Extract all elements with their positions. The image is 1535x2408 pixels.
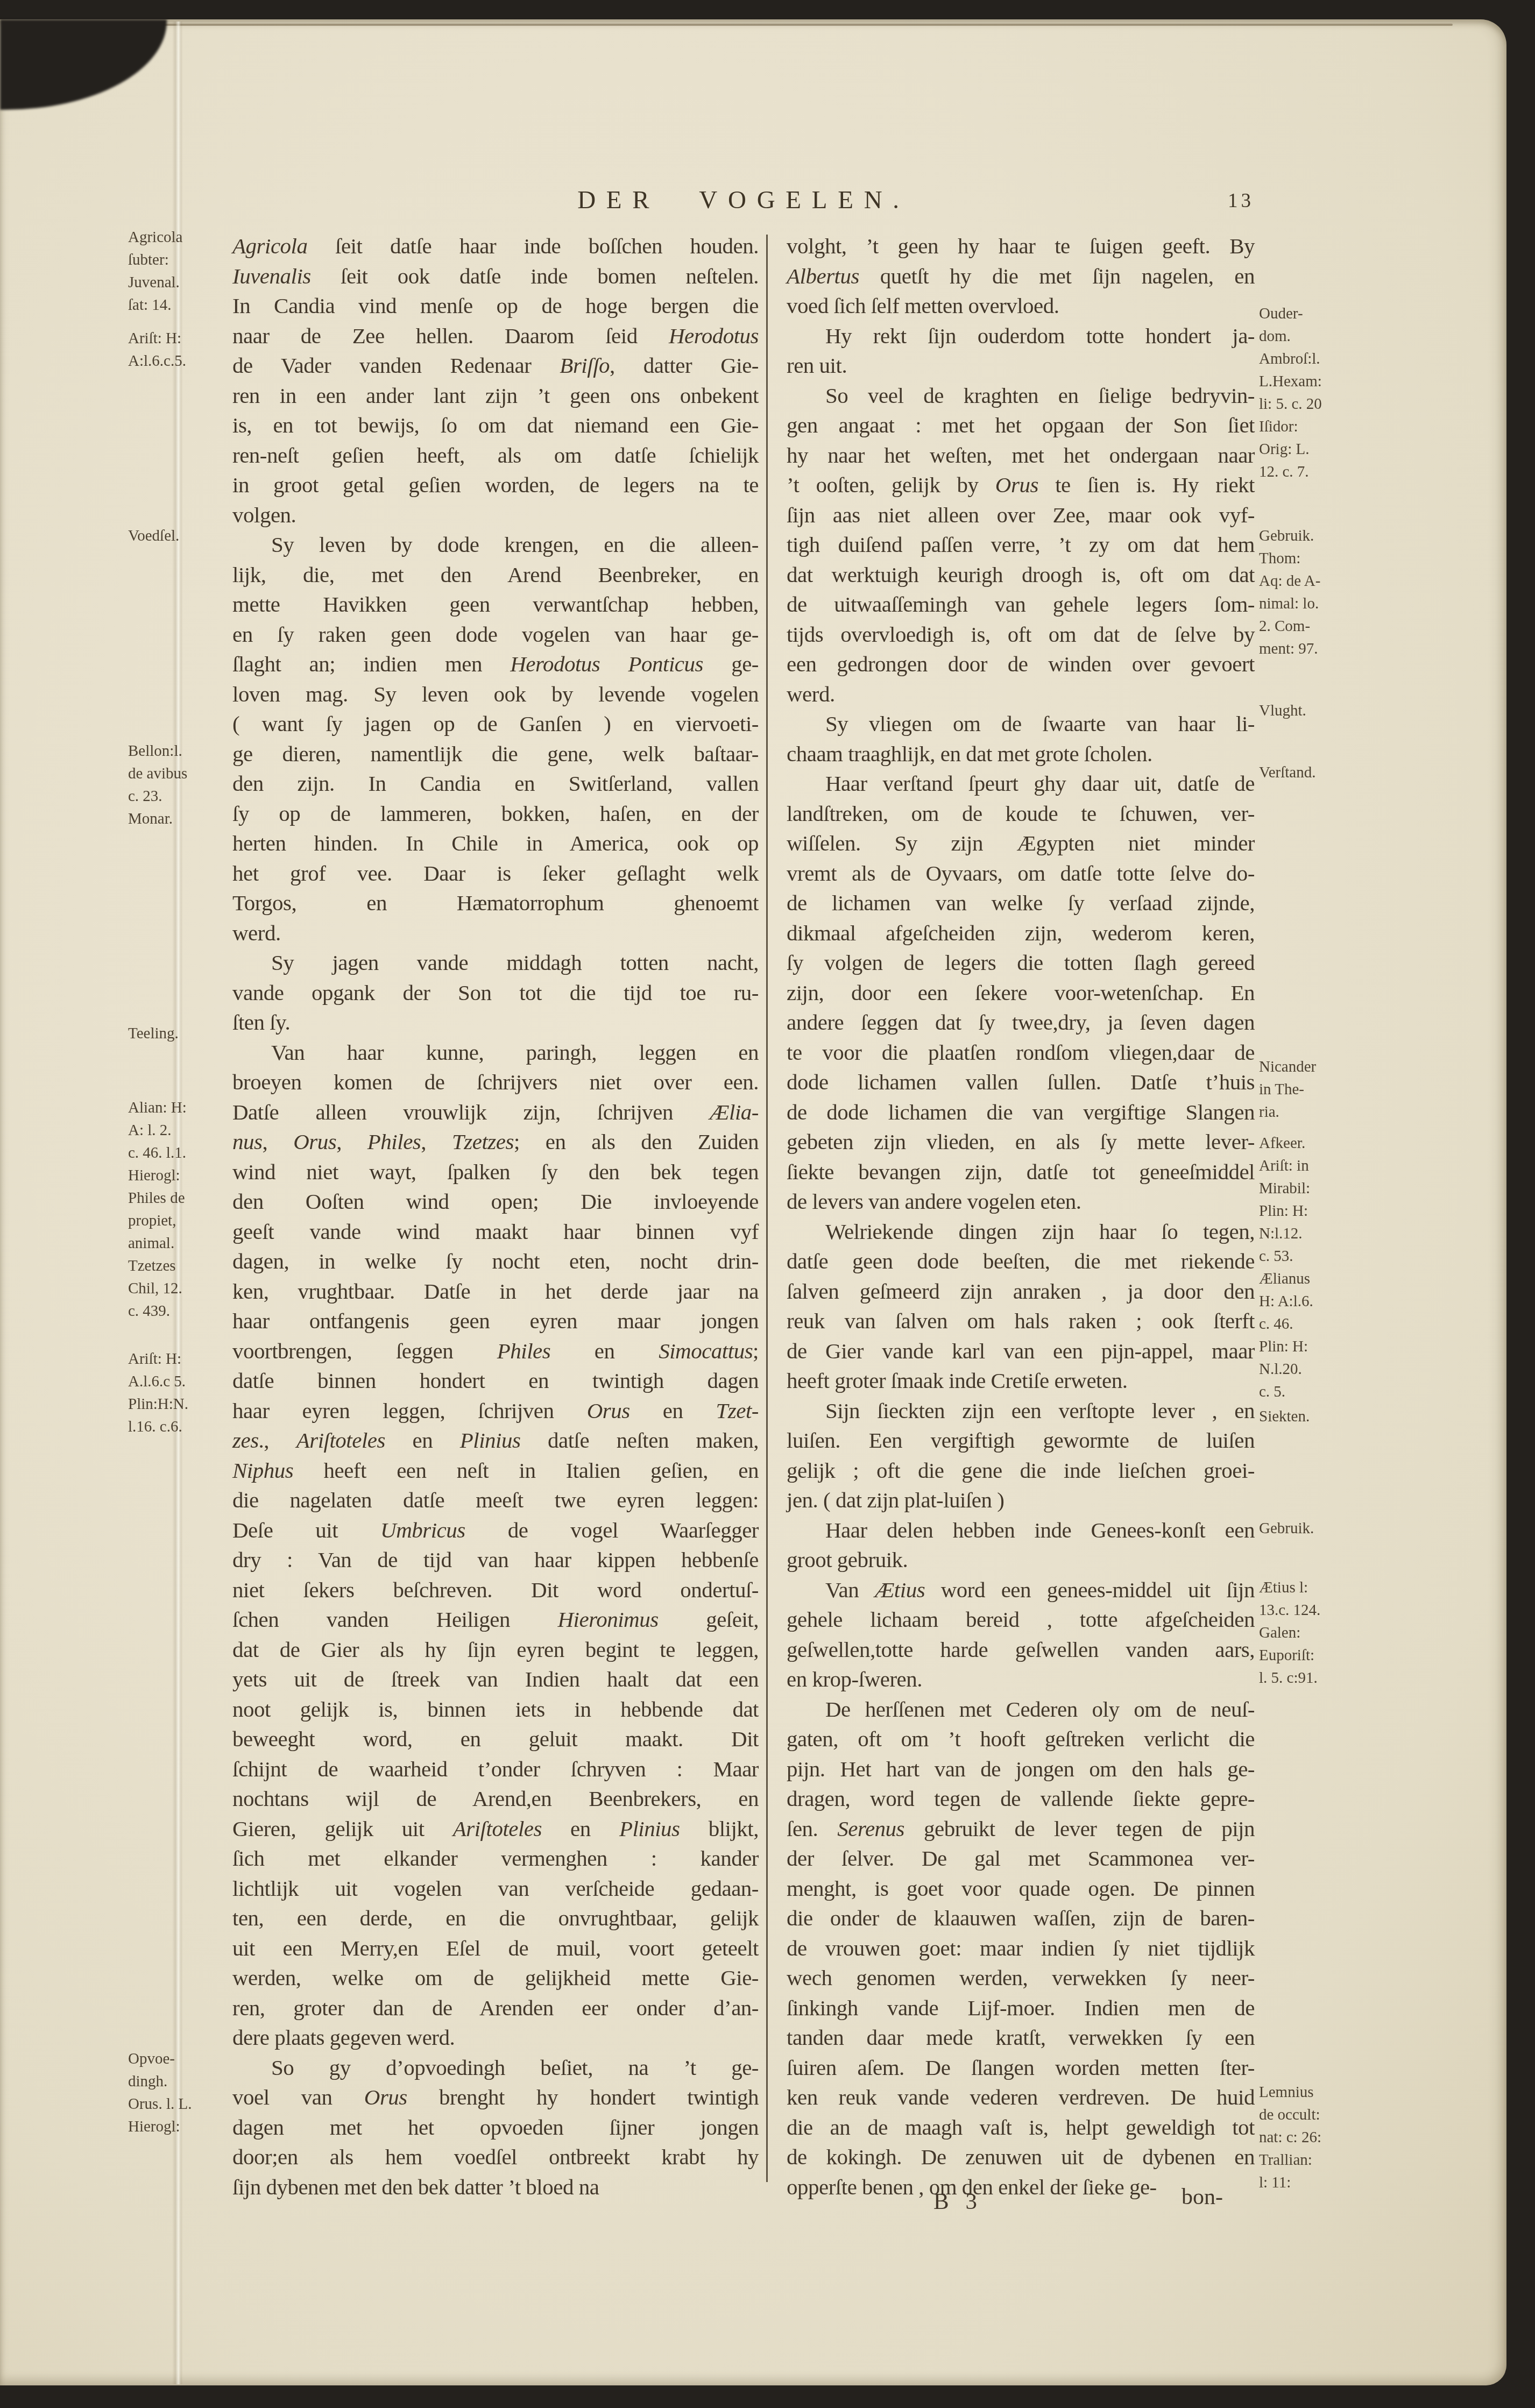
margin-note-line: l.16. c.6. [128, 1415, 230, 1438]
text-line: en ſy raken geen dode vogelen van haar g… [232, 620, 759, 650]
margin-notes-right: Ouder-dom.Ambroſ:l.L.Hexam:li: 5. c. 20I… [1259, 0, 1393, 2408]
text-line: ren uit. [787, 351, 1255, 381]
margin-note-line: Plin: H: [1259, 1200, 1393, 1222]
margin-note-line: in The- [1259, 1078, 1393, 1101]
margin-note-line: N:l.12. [1259, 1222, 1393, 1245]
text-line: dagen, in welke ſy nocht eten, nocht dri… [232, 1247, 759, 1277]
margin-note-line: Gebruik. [1259, 525, 1393, 547]
text-line: Niphus heeft een neſt in Italien geſien,… [232, 1456, 759, 1486]
signature-mark: B 3 [933, 2189, 982, 2215]
margin-note: Agricolaſubter:Juvenal.ſat: 14. [128, 226, 230, 316]
text-line: nochtans wijl de Arend,en Beenbrekers, e… [232, 1784, 759, 1814]
margin-note-line: Ælianus [1259, 1267, 1393, 1290]
text-line: gebeten zijn vlieden, en als ſy mette le… [787, 1127, 1255, 1157]
text-line: zijn, door een ſekere voor-wetenſchap. E… [787, 978, 1255, 1008]
text-line: ſinkingh vande Lijf-moer. Indien men de [787, 1993, 1255, 2023]
book-page-scan: { "page": { "header": "DER VOGELEN.", "p… [0, 0, 1535, 2408]
text-line: lijk, die, met den Arend Beenbreker, en [232, 560, 759, 590]
text-line: ſijn dybenen met den bek datter ’t bloed… [232, 2172, 759, 2202]
margin-note: Ouder-dom.Ambroſ:l.L.Hexam:li: 5. c. 20I… [1259, 302, 1393, 483]
text-line: beweeght word, en geluit maakt. Dit [232, 1724, 759, 1754]
margin-note-line: 13.c. 124. [1259, 1599, 1393, 1621]
text-line: Sijn ſieckten zijn een verſtopte lever ,… [787, 1396, 1255, 1426]
margin-note-line: c. 46. [1259, 1313, 1393, 1335]
text-line: gelijk ; oft die gene die inde lieſchen … [787, 1456, 1255, 1486]
margin-note-line: nimal: lo. [1259, 592, 1393, 615]
text-line: herten hinden. In Chile in America, ook … [232, 828, 759, 859]
text-line: naar de Zee hellen. Daarom ſeid Herodotu… [232, 321, 759, 351]
text-line: ſalven geſmeerd zijn anraken , ja door d… [787, 1277, 1255, 1307]
text-line: Deſe uit Umbricus de vogel Waarſegger [232, 1515, 759, 1546]
margin-note-line: ſubter: [128, 249, 230, 271]
text-line: ſy op de lammeren, bokken, haſen, en der [232, 799, 759, 829]
text-line: datſe binnen hondert en twintigh dagen [232, 1366, 759, 1396]
paragraph: Van Ætius word een genees-middel uit ſij… [787, 1575, 1255, 1695]
paragraph: Sy leven by dode krengen, en die alleen-… [232, 530, 759, 948]
margin-note: Alian: H:A: l. 2.c. 46. l.1.Hierogl:Phil… [128, 1096, 230, 1322]
text-line: Sy leven by dode krengen, en die alleen- [232, 530, 759, 560]
text-line: geſwellen,totte harde geſwellen vanden a… [787, 1635, 1255, 1665]
text-line: de dode lichamen die van vergiftige Slan… [787, 1097, 1255, 1128]
margin-note: Gebruik. [1259, 1517, 1393, 1540]
margin-note-line: dom. [1259, 325, 1393, 348]
margin-note-line: Ariſt: H: [128, 327, 230, 350]
text-line: ſijn aas niet alleen over Zee, maar ook … [787, 500, 1255, 530]
margin-note-line: Ariſt: in [1259, 1155, 1393, 1177]
margin-note-line: de avibus [128, 762, 230, 785]
text-line: die an de maagh vaſt is, helpt geweldigh… [787, 2113, 1255, 2143]
text-line: menght, is goet voor quade ogen. De pinn… [787, 1874, 1255, 1904]
margin-note: Teeling. [128, 1022, 230, 1045]
text-line: broeyen komen de ſchrijvers niet over ee… [232, 1067, 759, 1097]
margin-note-line: Hierogl: [128, 2115, 230, 2138]
text-line: de uitwaaſſemingh van gehele legers ſom- [787, 590, 1255, 620]
text-line: Gieren, gelijk uit Ariſtoteles en Pliniu… [232, 1814, 759, 1844]
margin-note-line: Afkeer. [1259, 1132, 1393, 1155]
text-line: geeſt vande wind maakt haar binnen vyf [232, 1217, 759, 1247]
text-line: lichtlijk uit vogelen van verſcheide ged… [232, 1874, 759, 1904]
text-line: ( want ſy jagen op de Ganſen ) en viervo… [232, 709, 759, 739]
margin-note-line: c. 46. l.1. [128, 1142, 230, 1164]
text-line: volght, ’t geen hy haar te ſuigen geeft.… [787, 231, 1255, 261]
margin-note-line: Juvenal. [128, 271, 230, 294]
text-line: luiſen. Een vergiftigh gewormte de luiſe… [787, 1426, 1255, 1456]
text-line: de vrouwen goet: maar indien ſy niet tij… [787, 1934, 1255, 1964]
text-line: Sy vliegen om de ſwaarte van haar li- [787, 709, 1255, 739]
text-line: Agricola ſeit datſe haar inde boſſchen h… [232, 231, 759, 261]
margin-note-line: Plin: H: [1259, 1335, 1393, 1358]
margin-note-line: l. 5. c:91. [1259, 1667, 1393, 1689]
text-line: het grof vee. Daar is ſeker geſlaght wel… [232, 859, 759, 889]
text-line: ten, een derde, en die onvrughtbaar, gel… [232, 1903, 759, 1934]
text-line: dragen, word tegen de vallende ſiekte ge… [787, 1784, 1255, 1814]
catchword: bon- [1182, 2184, 1223, 2210]
paragraph: Sijn ſieckten zijn een verſtopte lever ,… [787, 1396, 1255, 1515]
text-line: werden, welke om de gelijkheid mette Gie… [232, 1963, 759, 1993]
text-line: werd. [232, 918, 759, 948]
text-line: is, en tot bewijs, ſo om dat niemand een… [232, 410, 759, 441]
text-line: andere ſeggen dat ſy twee,dry, ja ſeven … [787, 1008, 1255, 1038]
margin-note-line: li: 5. c. 20 [1259, 393, 1393, 415]
text-line: ſten ſy. [232, 1008, 759, 1038]
margin-note-line: Galen: [1259, 1621, 1393, 1644]
margin-note-line: Mirabil: [1259, 1177, 1393, 1200]
text-line: de Vader vanden Redenaar Briſſo, datter … [232, 351, 759, 381]
margin-note-line: Orus. l. L. [128, 2093, 230, 2115]
text-line: Haar verſtand ſpeurt ghy daar uit, datſe… [787, 769, 1255, 799]
margin-note-line: Hierogl: [128, 1164, 230, 1187]
text-line: Welriekende dingen zijn haar ſo tegen, [787, 1217, 1255, 1247]
margin-note-line: 2. Com- [1259, 615, 1393, 638]
margin-note: Gebruik.Thom:Aq: de A-nimal: lo.2. Com-m… [1259, 525, 1393, 660]
margin-note-line: Ætius l: [1259, 1576, 1393, 1599]
text-line: hy naar het weſten, met het ondergaan na… [787, 441, 1255, 471]
paragraph: So gy d’opvoedingh beſiet, na ’t ge-voel… [232, 2053, 759, 2202]
text-line: noot gelijk is, binnen iets in hebbende … [232, 1695, 759, 1725]
margin-note-line: ria. [1259, 1101, 1393, 1123]
text-line: ſy volgen de legers die totten ſlagh ger… [787, 948, 1255, 978]
paragraph: Sy vliegen om de ſwaarte van haar li-cha… [787, 709, 1255, 769]
text-line: wiſſelen. Sy zijn Ægypten niet minder [787, 828, 1255, 859]
text-line: vande opgank der Son tot die tijd toe ru… [232, 978, 759, 1008]
margin-note-line: Gebruik. [1259, 1517, 1393, 1540]
paragraph: Haar verſtand ſpeurt ghy daar uit, datſe… [787, 769, 1255, 1217]
text-line: So veel de kraghten en ſielige bedryvin- [787, 381, 1255, 411]
text-line: dere plaats gegeven werd. [232, 2023, 759, 2053]
margin-note-line: A:l.6.c.5. [128, 350, 230, 372]
text-line: chaam traaghlijk, en dat met grote ſchol… [787, 739, 1255, 769]
text-line: ren, groter dan de Arenden eer onder d’a… [232, 1993, 759, 2023]
margin-note-line: Voedſel. [128, 525, 230, 547]
margin-note: Lemniusde occult:nat: c: 26:Trallian:l: … [1259, 2081, 1393, 2194]
margin-note-line: propiet, [128, 1209, 230, 1232]
text-line: ken reuk vande vederen verdreven. De hui… [787, 2083, 1255, 2113]
margin-note-line: A.l.6.c 5. [128, 1370, 230, 1393]
margin-note-line: 12. c. 7. [1259, 461, 1393, 483]
margin-note-line: c. 439. [128, 1300, 230, 1322]
text-line: ſuiren aſem. De ſlangen worden metten ſt… [787, 2053, 1255, 2083]
text-line: niet ſekers beſchreven. Dit word ondertu… [232, 1575, 759, 1605]
margin-note: Ariſt: H:A:l.6.c.5. [128, 327, 230, 372]
text-line: tigh duiſend paſſen verre, ’t zy om dat … [787, 530, 1255, 560]
paragraph: Sy jagen vande middagh totten nacht,vand… [232, 948, 759, 1038]
paragraph: So veel de kraghten en ſielige bedryvin-… [787, 381, 1255, 710]
margin-note-line: L.Hexam: [1259, 370, 1393, 393]
margin-note-line: Thom: [1259, 547, 1393, 570]
margin-note: Siekten. [1259, 1405, 1393, 1428]
margin-note: Ariſt: H:A.l.6.c 5.Plin:H:N.l.16. c.6. [128, 1348, 230, 1438]
paragraph: Hy rekt ſijn ouderdom totte hondert ja-r… [787, 321, 1255, 381]
text-line: vremt als de Oyvaars, om datſe totte ſel… [787, 859, 1255, 889]
page-edge-line [140, 24, 1453, 26]
text-line: tijds overvloedigh is, oft om dat de ſel… [787, 620, 1255, 650]
paragraph: Haar delen hebben inde Genees-konſt eeng… [787, 1515, 1255, 1575]
text-line: wech genomen werden, verwekken ſy neer- [787, 1963, 1255, 1993]
margin-note: Nicanderin The-ria. [1259, 1056, 1393, 1123]
text-line: datſe geen dode beeſten, die met riekend… [787, 1247, 1255, 1277]
text-line: die nagelaten datſe meeſt twe eyren legg… [232, 1485, 759, 1515]
text-line: ken, vrughtbaar. Datſe in het derde jaar… [232, 1277, 759, 1307]
page-number: 13 [1228, 189, 1254, 213]
text-line: Iuvenalis ſeit ook datſe inde bomen neſt… [232, 261, 759, 292]
margin-note: Voedſel. [128, 525, 230, 547]
text-line: dikmaal afgeſcheiden zijn, wederom keren… [787, 918, 1255, 948]
text-line: ſlaght an; indien men Herodotus Ponticus… [232, 649, 759, 679]
margin-note-line: ſat: 14. [128, 294, 230, 316]
margin-note-line: Alian: H: [128, 1096, 230, 1119]
margin-note-line: nat: c: 26: [1259, 2126, 1393, 2149]
margin-note: Bellon:l.de avibusc. 23.Monar. [128, 740, 230, 830]
text-line: de Gier vande karl van een pijn-appel, m… [787, 1336, 1255, 1366]
text-line: So gy d’opvoedingh beſiet, na ’t ge- [232, 2053, 759, 2083]
text-line: uit een Merry,en Eſel de muil, voort get… [232, 1934, 759, 1964]
text-line: Albertus quetſt hy die met ſijn nagelen,… [787, 261, 1255, 292]
text-line: mette Havikken geen verwantſchap hebben, [232, 590, 759, 620]
text-line: dat de Gier als hy ſijn eyren begint te … [232, 1635, 759, 1665]
margin-note-line: c. 23. [128, 785, 230, 808]
paragraph: Agricola ſeit datſe haar inde boſſchen h… [232, 231, 759, 530]
text-line: volgen. [232, 500, 759, 530]
margin-note-line: de occult: [1259, 2104, 1393, 2126]
margin-note-line: Verſtand. [1259, 761, 1393, 784]
margin-note: Vlught. [1259, 699, 1393, 722]
text-line: werd. [787, 679, 1255, 710]
text-line: landſtreken, om de koude te ſchuwen, ver… [787, 799, 1255, 829]
text-line: wind niet wayt, ſpalken ſy den bek tegen [232, 1157, 759, 1187]
text-line: voed ſich ſelf metten overvloed. [787, 291, 1255, 321]
text-line: ſen. Serenus gebruikt de lever tegen de … [787, 1814, 1255, 1844]
text-line: gehele lichaam bereid , totte afgeſcheid… [787, 1605, 1255, 1635]
margin-note-line: dingh. [128, 2070, 230, 2093]
paragraph: volght, ’t geen hy haar te ſuigen geeft.… [787, 231, 1255, 321]
text-line: den Ooſten wind open; Die invloeyende [232, 1187, 759, 1217]
text-line: ſchijnt de waarheid t’onder ſchryven : M… [232, 1754, 759, 1784]
text-line: Van haar kunne, paringh, leggen en [232, 1038, 759, 1068]
text-line: haar ontfangenis geen eyren maar jongen [232, 1306, 759, 1336]
text-line: in groot getal geſien worden, de legers … [232, 470, 759, 500]
text-line: ſiekte bevangen zijn, datſe tot geneeſmi… [787, 1157, 1255, 1187]
margin-note-line: Plin:H:N. [128, 1393, 230, 1415]
text-line: nus, Orus, Philes, Tzetzes; en als den Z… [232, 1127, 759, 1157]
paragraph: De herſſenen met Cederen oly om de neuſ-… [787, 1695, 1255, 2202]
margin-note-line: ment: 97. [1259, 638, 1393, 660]
margin-note-line: Lemnius [1259, 2081, 1393, 2104]
text-line: Van Ætius word een genees-middel uit ſij… [787, 1575, 1255, 1605]
margin-note-line: c. 5. [1259, 1380, 1393, 1403]
text-line: der ſelver. De gal met Scammonea ver- [787, 1844, 1255, 1874]
margin-note-line: Monar. [128, 808, 230, 830]
text-line: zes., Ariſtoteles en Plinius datſe neſte… [232, 1426, 759, 1456]
text-line: ’t ooſten, gelijk by Orus te ſien is. Hy… [787, 470, 1255, 500]
margin-note-line: Siekten. [1259, 1405, 1393, 1428]
margin-note-line: Nicander [1259, 1056, 1393, 1078]
text-line: te voor die plaatſen rondſom vliegen,daa… [787, 1038, 1255, 1068]
text-line: ſchen vanden Heiligen Hieronimus geſeit, [232, 1605, 759, 1635]
text-line: Sy jagen vande middagh totten nacht, [232, 948, 759, 978]
margin-note-line: Teeling. [128, 1022, 230, 1045]
text-line: ren-neſt geſien heeft, als om datſe ſchi… [232, 441, 759, 471]
running-header: DER VOGELEN. [232, 186, 1255, 215]
margin-note-line: Iſidor: [1259, 415, 1393, 438]
margin-notes-left: Agricolaſubter:Juvenal.ſat: 14.Ariſt: H:… [128, 0, 230, 2408]
margin-note: Ætius l:13.c. 124.Galen:Euporiſt:l. 5. c… [1259, 1576, 1393, 1689]
text-line: Haar delen hebben inde Genees-konſt een [787, 1515, 1255, 1546]
margin-note-line: animal. [128, 1232, 230, 1255]
text-line: heeft groter ſmaak inde Cretiſe erweten. [787, 1366, 1255, 1396]
text-column-right: volght, ’t geen hy haar te ſuigen geeft.… [787, 231, 1255, 2202]
text-column-left: Agricola ſeit datſe haar inde boſſchen h… [232, 231, 759, 2202]
text-line: tanden daar mede kratſt, verwekken ſy ee… [787, 2023, 1255, 2053]
text-line: dat werktuigh keurigh droogh is, oft om … [787, 560, 1255, 590]
margin-note-line: A: l. 2. [128, 1119, 230, 1142]
text-line: De herſſenen met Cederen oly om de neuſ- [787, 1695, 1255, 1725]
text-line: ge dieren, namentlijk die gene, welk baſ… [232, 739, 759, 769]
margin-note-line: Orig: L. [1259, 438, 1393, 461]
margin-note-line: Philes de [128, 1187, 230, 1209]
text-line: de lichamen van welke ſy verſaad zijnde, [787, 888, 1255, 918]
margin-note-line: c. 53. [1259, 1245, 1393, 1267]
text-line: en krop-ſweren. [787, 1665, 1255, 1695]
text-line: voortbrengen, ſeggen Philes en Simocattu… [232, 1336, 759, 1366]
margin-note-line: Trallian: [1259, 2149, 1393, 2171]
text-line: gaten, oft om ’t hooft geſtreken verlich… [787, 1724, 1255, 1754]
text-line: ren in een ander lant zijn ’t geen ons o… [232, 381, 759, 411]
text-line: die onder de klaauwen waſſen, zijn de ba… [787, 1903, 1255, 1934]
paragraph: Welriekende dingen zijn haar ſo tegen,da… [787, 1217, 1255, 1396]
margin-note-line: Ariſt: H: [128, 1348, 230, 1370]
text-line: Torgos, en Hæmatorrophum ghenoemt [232, 888, 759, 918]
text-line: pijn. Het hart van de jongen om den hals… [787, 1754, 1255, 1784]
margin-note-line: Agricola [128, 226, 230, 249]
text-line: een gedrongen door de winden over gevoer… [787, 649, 1255, 679]
margin-note: Opvoe-dingh.Orus. l. L.Hierogl: [128, 2048, 230, 2138]
margin-note-line: l: 11: [1259, 2171, 1393, 2194]
text-line: Hy rekt ſijn ouderdom totte hondert ja- [787, 321, 1255, 351]
margin-note: Afkeer. [1259, 1132, 1393, 1155]
margin-note-line: Ambroſ:l. [1259, 348, 1393, 370]
margin-note: Verſtand. [1259, 761, 1393, 784]
text-line: haar eyren leggen, ſchrijven Orus en Tze… [232, 1396, 759, 1426]
text-line: Datſe alleen vrouwlijk zijn, ſchrijven Æ… [232, 1097, 759, 1128]
text-line: dode lichamen vallen ſullen. Datſe t’hui… [787, 1067, 1255, 1097]
text-line: reuk van ſalven om hals raken ; ook ſter… [787, 1306, 1255, 1336]
margin-note-line: Aq: de A- [1259, 570, 1393, 592]
margin-note-line: Euporiſt: [1259, 1644, 1393, 1667]
column-divider-rule [766, 235, 768, 2182]
margin-note-line: Bellon:l. [128, 740, 230, 762]
text-line: groot gebruik. [787, 1545, 1255, 1575]
margin-note-line: H: A:l.6. [1259, 1290, 1393, 1313]
margin-note-line: Chil, 12. [128, 1277, 230, 1300]
text-line: door;en als hem voedſel ontbreekt krabt … [232, 2142, 759, 2172]
text-line: jen. ( dat zijn plat-luiſen ) [787, 1485, 1255, 1515]
text-line: dagen met het opvoeden ſijner jongen [232, 2113, 759, 2143]
margin-note-line: Tzetzes [128, 1255, 230, 1277]
text-line: de levers van andere vogelen eten. [787, 1187, 1255, 1217]
text-line: ſich met elkander vermenghen : kander [232, 1844, 759, 1874]
text-line: yets uit de ſtreek van Indien haalt dat … [232, 1665, 759, 1695]
text-line: voel van Orus brenght hy hondert twintig… [232, 2083, 759, 2113]
margin-note-line: Opvoe- [128, 2048, 230, 2070]
margin-note-line: Vlught. [1259, 699, 1393, 722]
text-line: In Candia vind menſe op de hoge bergen d… [232, 291, 759, 321]
text-line: loven mag. Sy leven ook by levende vogel… [232, 679, 759, 710]
text-line: de kokingh. De zenuwen uit de dybenen en [787, 2142, 1255, 2172]
text-line: gen angaat : met het opgaan der Son ſiet [787, 410, 1255, 441]
margin-note-line: Ouder- [1259, 302, 1393, 325]
text-line: dry : Van de tijd van haar kippen hebben… [232, 1545, 759, 1575]
paragraph: Van haar kunne, paringh, leggen enbroeye… [232, 1038, 759, 2053]
text-line: den zijn. In Candia en Switſerland, vall… [232, 769, 759, 799]
margin-note-line: N.l.20. [1259, 1358, 1393, 1380]
margin-note: Ariſt: inMirabil:Plin: H:N:l.12.c. 53.Æl… [1259, 1155, 1393, 1403]
